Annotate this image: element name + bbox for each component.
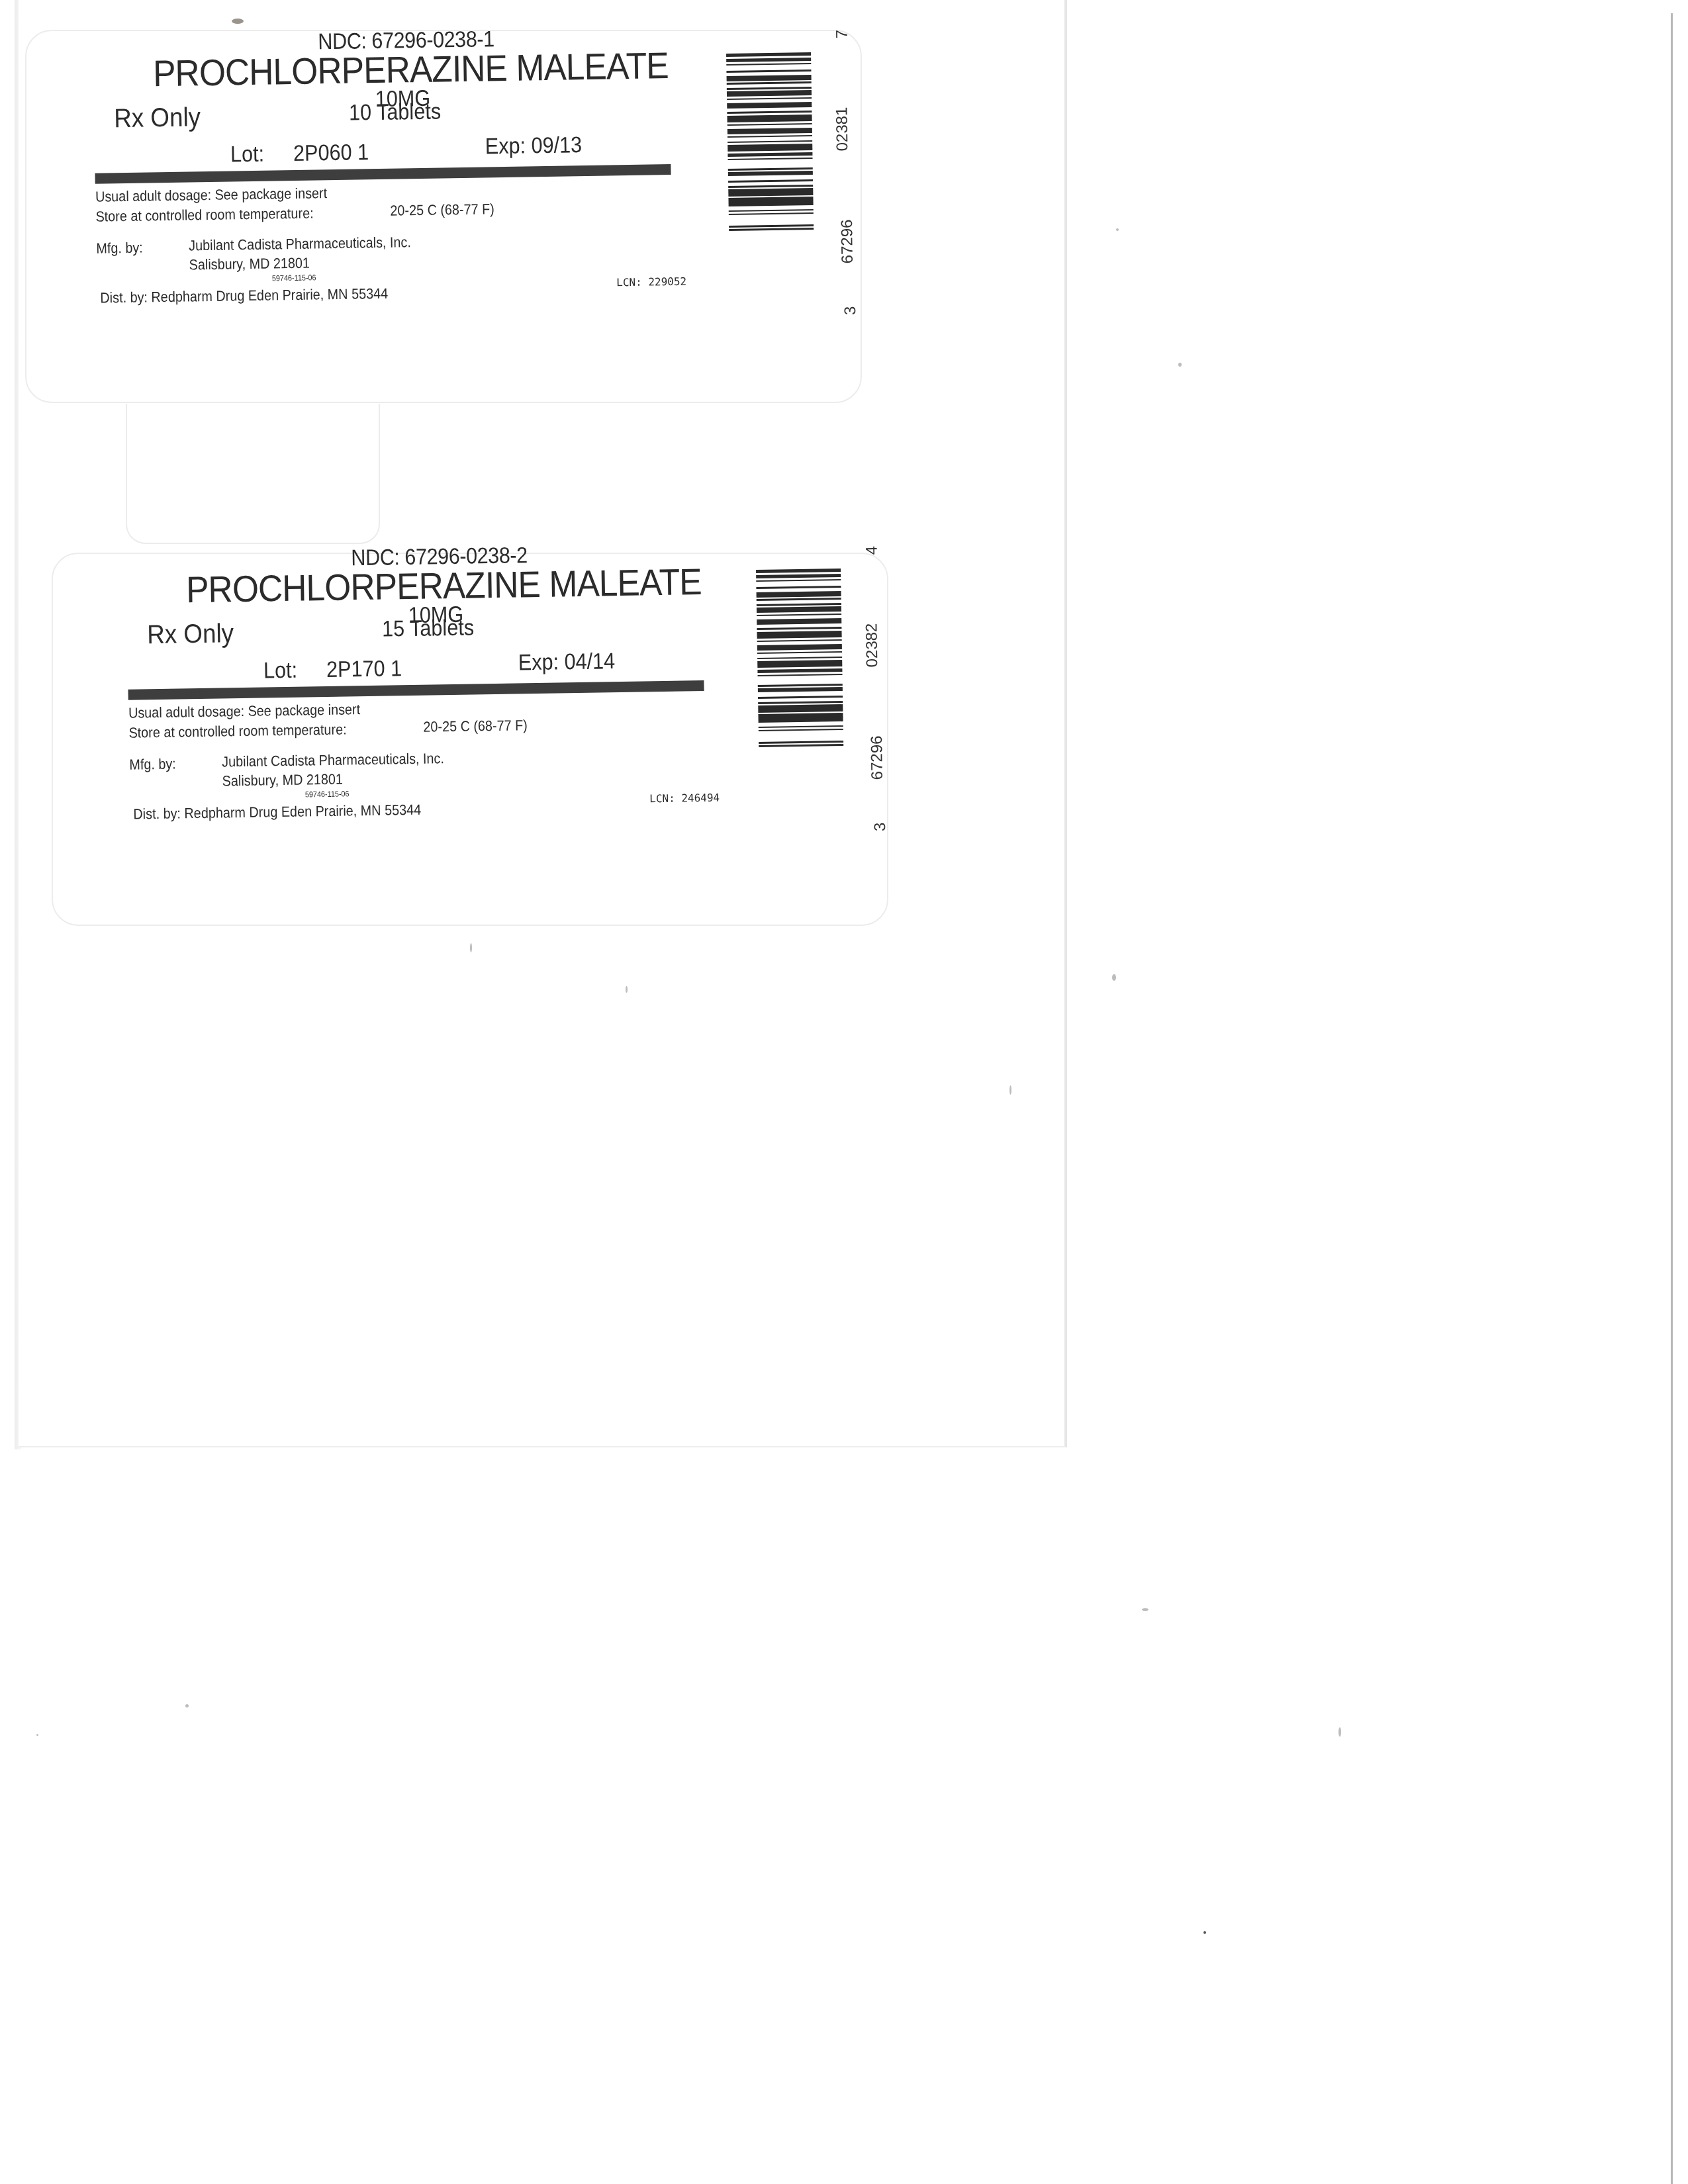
- lcn-number: LCN: 246494: [649, 792, 720, 805]
- barcode-bar: [757, 591, 841, 598]
- barcode-bar: [756, 574, 841, 578]
- upc-barcode-2: 4 02382 67296 3: [756, 569, 853, 821]
- scan-speck: [1116, 228, 1119, 231]
- barcode-bar: [757, 603, 841, 606]
- barcode-bar: [727, 87, 812, 90]
- upc-digit-left: 3: [841, 306, 860, 316]
- barcode-bar: [729, 224, 814, 228]
- barcode-bar: [758, 687, 843, 692]
- barcode-bar: [727, 135, 812, 138]
- barcode-bar: [727, 140, 812, 144]
- scan-speck: [1178, 363, 1182, 367]
- barcode-bar: [756, 579, 841, 582]
- upc-digit-right: 4: [863, 546, 881, 555]
- barcode-bar: [727, 123, 812, 126]
- prescription-label-2: NDC: 67296-0238-2 PROCHLORPERAZINE MALEA…: [113, 529, 991, 834]
- manufacturer-name: Jubilant Cadista Pharmaceuticals, Inc.: [222, 750, 444, 770]
- manufacturer-name: Jubilant Cadista Pharmaceuticals, Inc.: [189, 234, 411, 254]
- rx-only: Rx Only: [147, 619, 234, 650]
- lot-label: Lot:: [230, 142, 265, 168]
- storage-temperature: 20-25 C (68-77 F): [390, 201, 494, 219]
- barcode-bar: [758, 696, 843, 699]
- label-1-backing-tab: [126, 404, 380, 544]
- barcode-bar: [727, 102, 812, 109]
- barcode-bar: [759, 744, 843, 747]
- barcode-bar: [757, 651, 842, 655]
- barcode-bar: [726, 63, 811, 66]
- dosage-instructions: Usual adult dosage: See package insert: [95, 185, 327, 205]
- barcode-bar: [756, 569, 841, 573]
- tablet-quantity: 15 Tablets: [382, 615, 475, 642]
- storage-instructions: Store at controlled room temperature:: [128, 721, 346, 741]
- manufacturer-address: Salisbury, MD 21801: [222, 771, 343, 790]
- barcode-bar: [727, 90, 812, 97]
- barcode-bars: [726, 52, 822, 279]
- barcode-bar: [727, 114, 812, 122]
- barcode-bar: [728, 188, 813, 196]
- divider-bar: [95, 164, 671, 184]
- barcode-bar: [726, 69, 811, 73]
- barcode-bar: [757, 639, 842, 643]
- manufacturer-label: Mfg. by:: [129, 756, 176, 774]
- scan-speck: [1338, 1727, 1341, 1737]
- rx-only: Rx Only: [114, 103, 201, 134]
- barcode-bar: [727, 111, 812, 114]
- barcode-bar: [757, 606, 841, 613]
- barcode-bar: [728, 167, 813, 171]
- barcode-bar: [758, 713, 843, 723]
- scan-speck: [470, 943, 472, 952]
- barcode-bar: [759, 741, 843, 744]
- barcode-bar: [757, 668, 842, 673]
- upc-digit-right: 7: [833, 30, 851, 39]
- upc-group-2: 02382: [863, 623, 882, 667]
- upc-group-2: 02381: [833, 107, 852, 151]
- barcode-bar: [727, 97, 812, 101]
- lot-number: 2P170 1: [326, 656, 402, 683]
- barcode-bar: [727, 144, 812, 152]
- barcode-bar: [728, 185, 813, 188]
- barcode-bar: [757, 618, 841, 625]
- scan-speck: [1009, 1085, 1011, 1095]
- barcode-bar: [728, 179, 813, 183]
- barcode-bar: [757, 631, 841, 639]
- scan-speck: [185, 1704, 189, 1707]
- barcode-bar: [727, 75, 812, 81]
- barcode-bar: [758, 674, 843, 677]
- barcode-bar: [727, 128, 812, 134]
- upc-barcode-1: 7 02381 67296 3: [726, 52, 823, 305]
- dosage-instructions: Usual adult dosage: See package insert: [128, 701, 360, 721]
- storage-instructions: Store at controlled room temperature:: [95, 205, 313, 225]
- barcode-bar: [757, 598, 841, 601]
- barcode-bar: [758, 701, 843, 704]
- scan-speck: [1142, 1608, 1149, 1611]
- upc-digit-left: 3: [871, 823, 890, 832]
- manufacturer-label: Mfg. by:: [96, 240, 143, 257]
- divider-bar: [128, 680, 704, 700]
- barcode-bars: [756, 569, 852, 795]
- upc-group-1: 67296: [868, 735, 887, 780]
- barcode-bar: [757, 614, 841, 617]
- barcode-bar: [728, 197, 813, 206]
- scan-speck: [232, 19, 244, 24]
- distributor: Dist. by: Redpharm Drug Eden Prairie, MN…: [133, 801, 421, 823]
- barcode-bar: [726, 52, 811, 57]
- barcode-bar: [757, 660, 842, 668]
- scan-speck: [626, 986, 628, 993]
- manufacturer-address: Salisbury, MD 21801: [189, 255, 310, 274]
- upc-group-1: 67296: [838, 219, 857, 263]
- tablet-quantity: 10 Tablets: [349, 99, 442, 126]
- barcode-bar: [727, 152, 812, 157]
- page-edge-right: [1671, 13, 1673, 2184]
- storage-temperature: 20-25 C (68-77 F): [423, 717, 528, 735]
- barcode-bar: [729, 209, 814, 212]
- scan-speck: [1203, 1931, 1206, 1934]
- distributor: Dist. by: Redpharm Drug Eden Prairie, MN…: [100, 285, 388, 307]
- barcode-bar: [756, 586, 841, 589]
- barcode-bar: [728, 158, 813, 161]
- manufacturer-code: 59746-115-06: [305, 789, 350, 799]
- expiration-date: Exp: 04/14: [518, 649, 616, 676]
- lot-number: 2P060 1: [293, 140, 369, 167]
- manufacturer-code: 59746-115-06: [272, 273, 316, 283]
- barcode-bar: [729, 228, 814, 231]
- barcode-bar: [727, 81, 812, 85]
- scan-speck: [1112, 974, 1116, 981]
- lcn-number: LCN: 229052: [616, 275, 686, 289]
- barcode-bar: [726, 58, 811, 62]
- barcode-bar: [757, 627, 841, 630]
- prescription-label-1: NDC: 67296-0238-1 PROCHLORPERAZINE MALEA…: [79, 13, 958, 318]
- barcode-bar: [729, 212, 814, 216]
- expiration-date: Exp: 09/13: [485, 132, 583, 159]
- lot-label: Lot:: [263, 658, 298, 684]
- barcode-bar: [759, 725, 843, 729]
- barcode-bar: [758, 684, 843, 687]
- barcode-bar: [757, 657, 842, 660]
- barcode-bar: [758, 704, 843, 712]
- barcode-bar: [728, 171, 813, 175]
- barcode-bar: [759, 729, 843, 732]
- barcode-bar: [757, 644, 842, 651]
- scan-speck: [36, 1734, 38, 1736]
